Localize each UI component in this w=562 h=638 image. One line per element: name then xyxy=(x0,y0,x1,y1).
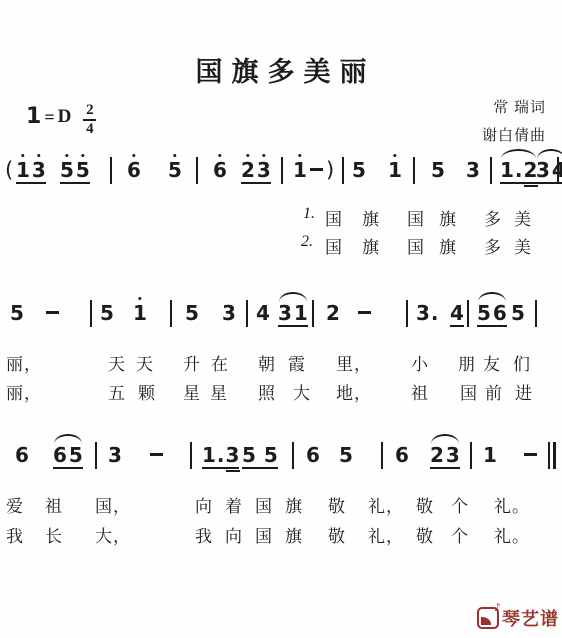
credits: 常 瑞词 谢白倩曲 xyxy=(482,95,546,151)
note-token: 5 xyxy=(100,303,114,325)
note-digit: . xyxy=(217,445,225,465)
lyric-text: 友 xyxy=(483,350,501,375)
meter-numerator: 2 xyxy=(86,103,94,118)
note-token: 6 xyxy=(127,160,141,182)
note-token: 5 xyxy=(185,303,199,325)
barline xyxy=(381,442,383,469)
lyric-text: 国 xyxy=(407,233,425,258)
piano-logo-icon: ♪ xyxy=(477,607,499,629)
meter-denominator: 4 xyxy=(86,122,94,137)
note-digit: 3 xyxy=(278,303,292,323)
octave-dot xyxy=(393,154,396,157)
note-digit: 4 xyxy=(256,303,270,323)
music-line-3: 66531.355656231 xyxy=(0,445,562,479)
lyric-text: 五 xyxy=(108,379,126,404)
note-token: 55 xyxy=(60,160,90,184)
lyric-text: 向 xyxy=(195,492,213,517)
note-digit: . xyxy=(515,160,523,180)
lyric-text: 礼。 xyxy=(494,522,530,547)
note-digit: 1 xyxy=(16,160,30,180)
note-digit: 6 xyxy=(53,445,67,465)
note-token: 4 xyxy=(450,303,464,327)
note-digit: 3 xyxy=(416,303,430,323)
note-token: 6 xyxy=(395,445,409,467)
note-token: 6 xyxy=(15,445,29,467)
note-digit: 6 xyxy=(306,445,320,465)
note-digit: 5 xyxy=(168,160,182,180)
lyric-text: 爱 xyxy=(6,492,24,517)
lyric-text: 国 xyxy=(325,233,343,258)
note-digit: ) xyxy=(326,158,334,182)
note-digit: 3 xyxy=(32,160,46,180)
lyric-text: 星 xyxy=(183,379,201,404)
lyric-text: 丽， xyxy=(6,350,42,375)
note-token: 6 xyxy=(306,445,320,467)
rest-dash xyxy=(524,453,537,456)
octave-dot xyxy=(65,154,68,157)
barline xyxy=(535,300,537,327)
rest-dash xyxy=(150,453,163,456)
octave-dot xyxy=(298,154,301,157)
lyric-text: 前 xyxy=(485,379,503,404)
note-token: 4 xyxy=(256,303,270,325)
lyric-text: 旗 xyxy=(439,233,457,258)
lyric-text: 旗 xyxy=(362,205,380,230)
lyric-text: 国 xyxy=(255,492,273,517)
note-digit: 3 xyxy=(446,445,460,465)
note-token: 5 xyxy=(339,445,353,467)
lyric-text: 天 xyxy=(136,350,154,375)
barline xyxy=(342,157,344,184)
note-token: 3 xyxy=(222,303,236,325)
lyric-text: 霞 xyxy=(288,350,306,375)
note-token: 2 xyxy=(326,303,340,325)
lyric-text: 个 xyxy=(451,492,469,517)
note-token: 1.2 xyxy=(500,160,537,184)
barline xyxy=(95,442,97,469)
barline xyxy=(413,157,415,184)
barline xyxy=(557,157,559,184)
note-token: 5 xyxy=(10,303,24,325)
note-digit: 5 xyxy=(100,303,114,323)
note-digit: 1 xyxy=(293,160,307,180)
lyric-text: 多 xyxy=(484,205,502,230)
sheet: 国旗多美丽 1 = D 2 4 常 瑞词 谢白倩曲 (1355656231)51… xyxy=(0,0,562,638)
lyric-text: 国 xyxy=(325,205,343,230)
note-digit: 5 xyxy=(242,445,256,465)
song-title: 国旗多美丽 xyxy=(0,50,562,89)
final-barline xyxy=(548,442,557,469)
note-digit: 1 xyxy=(202,445,216,465)
note-digit: 5 xyxy=(431,160,445,180)
lyric-text: 朝 xyxy=(258,350,276,375)
lyric-text: 大， xyxy=(95,522,131,547)
note-digit: 5 xyxy=(69,445,83,465)
lyric-text: 国， xyxy=(95,492,131,517)
lyric-text: 礼， xyxy=(368,522,404,547)
octave-dot xyxy=(132,154,135,157)
barline xyxy=(170,300,172,327)
note-token: 6 xyxy=(213,160,227,182)
note-digit: 2 xyxy=(326,303,340,323)
note-token: 23 xyxy=(430,445,460,469)
music-note-icon: ♪ xyxy=(494,601,501,614)
lyric-text: 个 xyxy=(451,522,469,547)
lyric-text: 大 xyxy=(293,379,311,404)
lyric-text: 我 xyxy=(195,522,213,547)
barline xyxy=(281,157,283,184)
note-digit: 3 xyxy=(466,160,480,180)
lyric-text: 礼， xyxy=(368,492,404,517)
lyric-text: 着 xyxy=(225,492,243,517)
lyric-text: 敬 xyxy=(328,492,346,517)
lyric-text: 祖 xyxy=(45,492,63,517)
key-letter: D xyxy=(58,106,72,128)
octave-dot xyxy=(262,154,265,157)
barline xyxy=(110,157,112,184)
lyric-text: 天 xyxy=(108,350,126,375)
barline xyxy=(490,157,492,184)
note-token: 1 xyxy=(388,160,402,182)
lyric-text: 星 xyxy=(210,379,228,404)
note-token: 65 xyxy=(53,445,83,469)
music-line-1: (1355656231)51531.234 xyxy=(0,160,562,194)
key-signature: 1 = D 2 4 xyxy=(26,106,96,137)
lyric-text: 国 xyxy=(255,522,273,547)
octave-dot xyxy=(246,154,249,157)
lyric-text: 美 xyxy=(514,205,532,230)
lyric-text: 小 xyxy=(411,350,429,375)
barline xyxy=(467,300,469,327)
lyric-text: 多 xyxy=(484,233,502,258)
note-token: 1 xyxy=(133,303,147,325)
note-digit: 1 xyxy=(483,445,497,465)
note-digit: 5 xyxy=(76,160,90,180)
verse-number: 2. xyxy=(301,233,313,251)
note-digit: 3 xyxy=(108,445,122,465)
note-digit: 5 xyxy=(352,160,366,180)
lyric-text: 长 xyxy=(45,522,63,547)
note-digit: 5 xyxy=(10,303,24,323)
octave-dot xyxy=(81,154,84,157)
lyric-text: 进 xyxy=(515,379,533,404)
octave-dot xyxy=(21,154,24,157)
note-token: 3. xyxy=(416,303,439,325)
lyric-text: 颗 xyxy=(138,379,156,404)
barline xyxy=(406,300,408,327)
note-digit: ( xyxy=(5,158,13,182)
barline xyxy=(90,300,92,327)
note-token: 13 xyxy=(16,160,46,184)
barline xyxy=(292,442,294,469)
octave-dot xyxy=(173,154,176,157)
lyric-text: 礼。 xyxy=(494,492,530,517)
note-digit: 2 xyxy=(241,160,255,180)
note-token: 1 xyxy=(293,160,307,182)
note-digit: 3 xyxy=(257,160,271,180)
note-digit: . xyxy=(431,303,439,323)
piano-shape xyxy=(481,617,491,625)
note-token: 5 xyxy=(431,160,445,182)
note-token: 23 xyxy=(241,160,271,184)
lyric-text: 国 xyxy=(407,205,425,230)
barline xyxy=(196,157,198,184)
lyric-text: 旗 xyxy=(285,522,303,547)
lyric-text: 朋 xyxy=(458,350,476,375)
verse-number: 1. xyxy=(303,205,315,223)
note-digit: 3 xyxy=(226,445,240,465)
octave-dot xyxy=(37,154,40,157)
lyric-text: 向 xyxy=(225,522,243,547)
lyric-text: 地， xyxy=(336,379,372,404)
note-digit: 2 xyxy=(430,445,444,465)
lyric-text: 敬 xyxy=(416,522,434,547)
watermark-text: 琴艺谱 xyxy=(502,605,559,631)
note-digit: 1 xyxy=(388,160,402,180)
lyric-text: 照 xyxy=(258,379,276,404)
note-token: 56 xyxy=(477,303,507,327)
lyric-text: 我 xyxy=(6,522,24,547)
lyric-text: 们 xyxy=(513,350,531,375)
note-token: 5 xyxy=(511,303,525,325)
note-digit: 6 xyxy=(395,445,409,465)
note-token: 3 xyxy=(108,445,122,467)
lyric-text: 祖 xyxy=(411,379,429,404)
note-digit: 5 xyxy=(477,303,491,323)
music-line-2: 5515343123.4565 xyxy=(0,303,562,337)
note-digit: 5 xyxy=(185,303,199,323)
lyric-text: 在 xyxy=(211,350,229,375)
note-digit: 6 xyxy=(213,160,227,180)
note-digit: 6 xyxy=(127,160,141,180)
octave-dot xyxy=(138,297,141,300)
note-token: 5 xyxy=(168,160,182,182)
equals-sign: = xyxy=(44,107,54,128)
lyric-text: 国 xyxy=(460,379,478,404)
phrase-paren: ) xyxy=(326,158,334,184)
note-digit: 6 xyxy=(493,303,507,323)
note-token: 31 xyxy=(278,303,308,327)
lyric-text: 丽， xyxy=(6,379,42,404)
barline xyxy=(312,300,314,327)
note-token: 55 xyxy=(242,445,278,469)
note-digit: 6 xyxy=(15,445,29,465)
note-digit: 3 xyxy=(222,303,236,323)
lyric-text: 升 xyxy=(183,350,201,375)
note-digit: 3 xyxy=(536,160,550,180)
barline xyxy=(470,442,472,469)
meter-fraction: 2 4 xyxy=(83,103,96,137)
lyric-text: 里， xyxy=(336,350,372,375)
rest-dash xyxy=(310,168,323,171)
barline xyxy=(246,300,248,327)
tonic-number: 1 xyxy=(26,106,41,128)
lyric-text: 旗 xyxy=(439,205,457,230)
note-token: 1 xyxy=(483,445,497,467)
note-digit: 5 xyxy=(339,445,353,465)
phrase-paren: ( xyxy=(5,158,13,184)
note-token: 1.3 xyxy=(202,445,239,469)
lyric-text: 旗 xyxy=(362,233,380,258)
lyric-text: 美 xyxy=(514,233,532,258)
rest-dash xyxy=(46,311,59,314)
note-token: 3 xyxy=(466,160,480,182)
lyric-text: 敬 xyxy=(328,522,346,547)
watermark-logo: ♪ 琴艺谱 xyxy=(477,605,559,631)
lyricist-credit: 常 瑞词 xyxy=(482,95,546,123)
octave-dot xyxy=(218,154,221,157)
note-token: 5 xyxy=(352,160,366,182)
note-digit: 1 xyxy=(500,160,514,180)
note-digit: 4 xyxy=(450,303,464,323)
lyric-text: 旗 xyxy=(285,492,303,517)
composer-credit: 谢白倩曲 xyxy=(482,123,546,151)
note-digit: 5 xyxy=(60,160,74,180)
note-digit: 1 xyxy=(133,303,147,323)
note-digit: 5 xyxy=(511,303,525,323)
note-digit: 1 xyxy=(294,303,308,323)
barline xyxy=(190,442,192,469)
rest-dash xyxy=(358,311,371,314)
lyric-text: 敬 xyxy=(416,492,434,517)
note-digit: 5 xyxy=(264,445,278,465)
